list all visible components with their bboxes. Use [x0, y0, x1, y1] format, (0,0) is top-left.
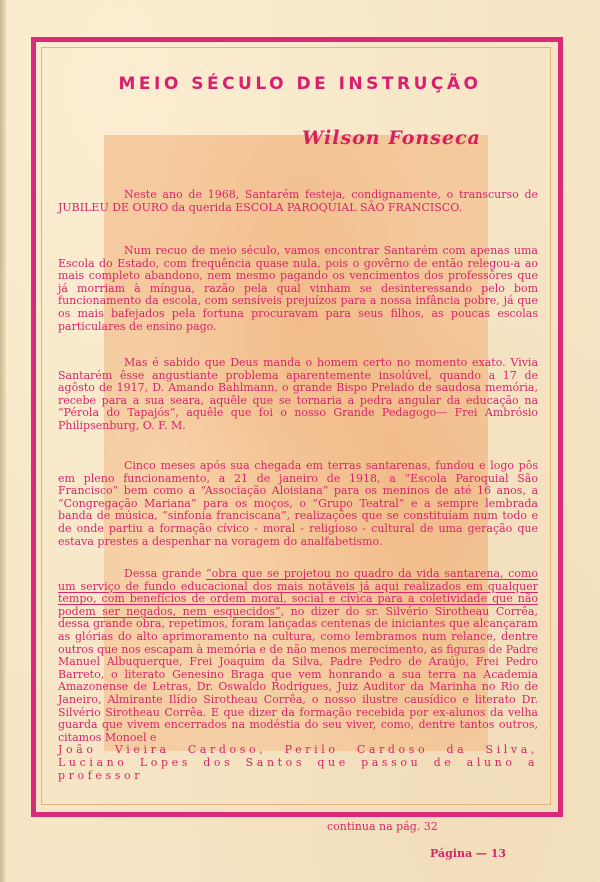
paragraph-5-body: Dessa grande “obra que se projetou no qu… [58, 568, 538, 744]
paragraph-3: Mas é sabido que Deus manda o homem cert… [58, 357, 538, 433]
article-title: MEIO SÉCULO DE INSTRUÇÃO [0, 74, 600, 94]
paragraph-3-text: Mas é sabido que Deus manda o homem cert… [58, 357, 538, 433]
paragraph-5-rest: , no dizer do sr. Silvério Sirotheau Cor… [58, 605, 538, 744]
paragraph-4-text: Cinco meses após sua chegada em terras s… [58, 460, 538, 548]
paragraph-5: Dessa grande “obra que se projetou no qu… [58, 568, 538, 782]
paragraph-1: Neste ano de 1968, Santarém festeja, con… [58, 189, 538, 214]
paragraph-2-text: Num recuo de meio século, vamos encontra… [58, 245, 538, 333]
paragraph-5-lead: Dessa grande [124, 567, 206, 580]
continued-note: continua na pág. 32 [327, 820, 438, 833]
paragraph-1-text: Neste ano de 1968, Santarém festeja, con… [58, 189, 538, 214]
page-number: Página — 13 [430, 847, 506, 860]
paragraph-4: Cinco meses após sua chegada em terras s… [58, 460, 538, 548]
paragraph-2: Num recuo de meio século, vamos encontra… [58, 245, 538, 333]
paragraph-5-spaced-line-2: Luciano Lopes dos Santos que passou de a… [58, 757, 538, 782]
article-author: Wilson Fonseca [302, 127, 481, 149]
page-spine [0, 0, 6, 882]
